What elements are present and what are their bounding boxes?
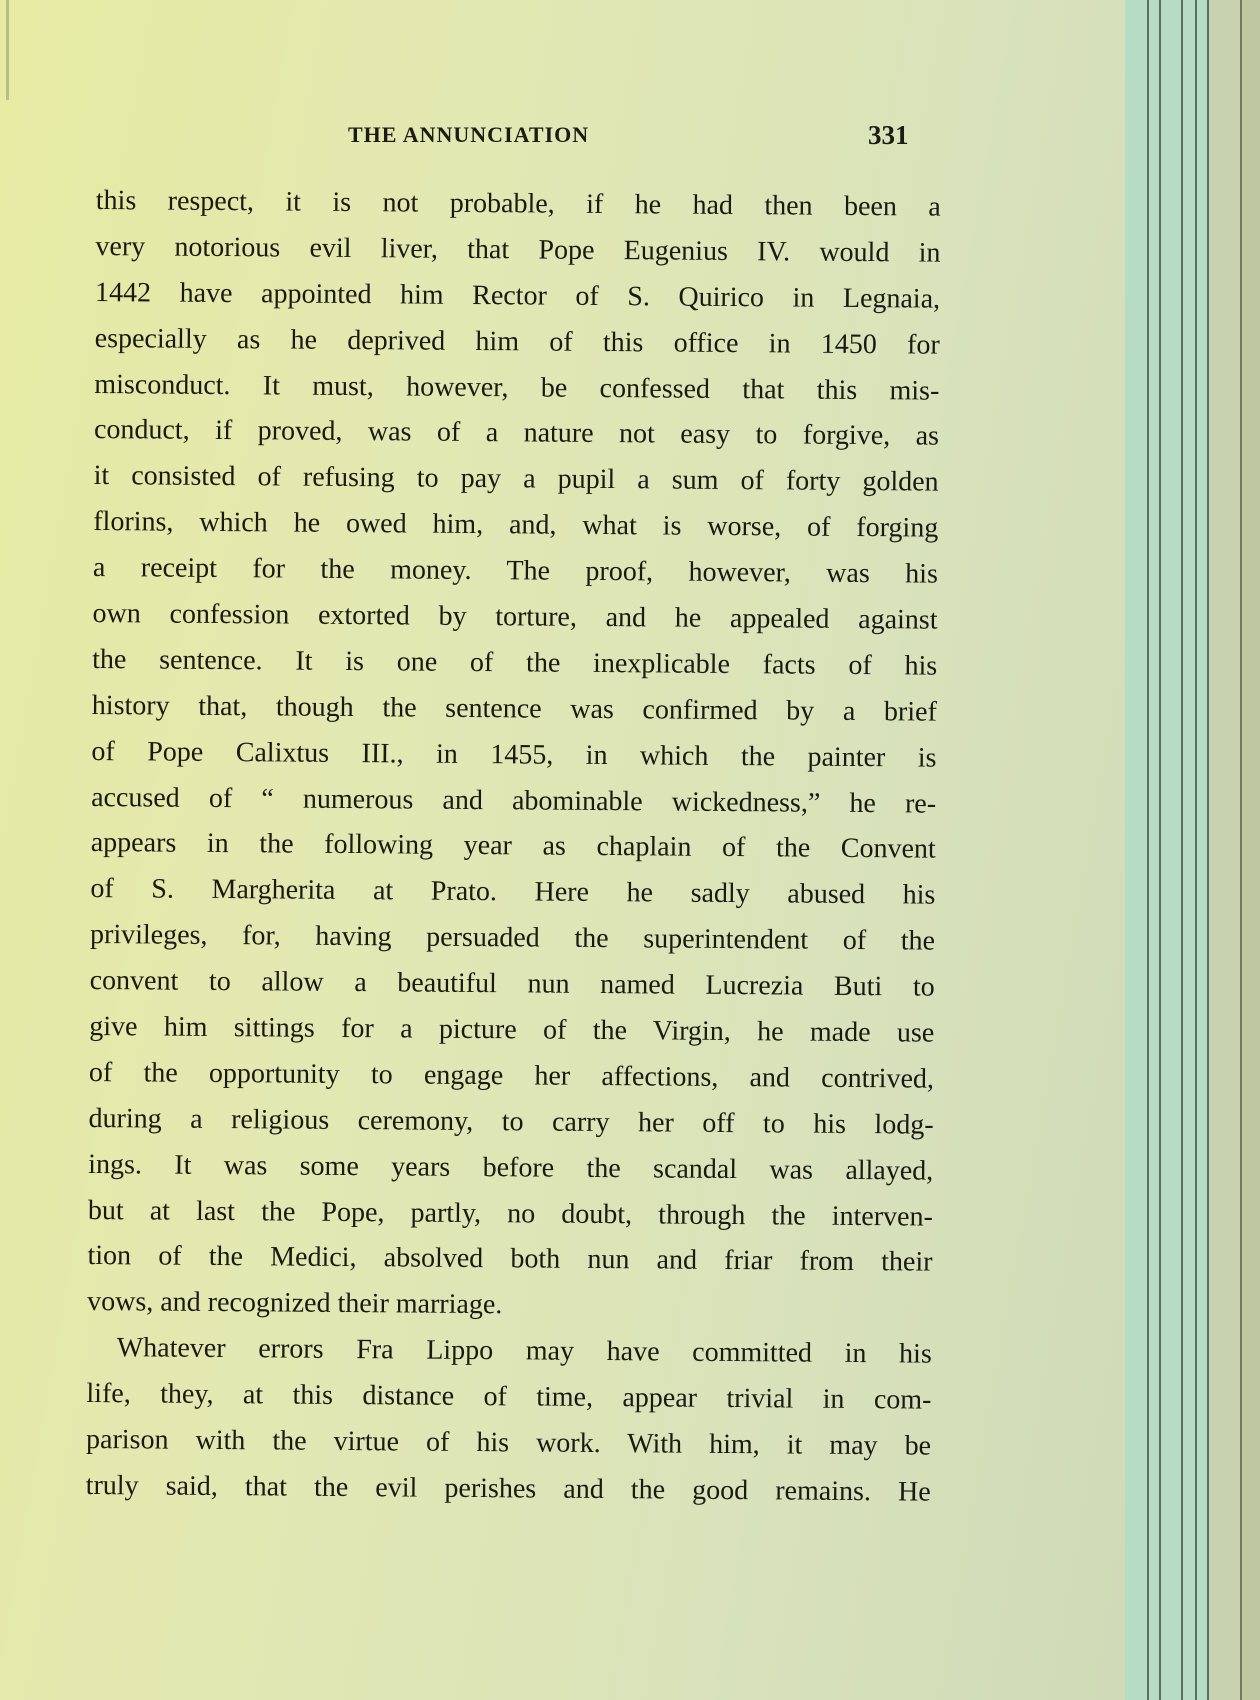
text-line: a receipt for the money. The proof, howe… (93, 545, 938, 598)
text-line: convent to allow a beautiful nun named L… (90, 958, 935, 1011)
text-line: appears in the following year as chaplai… (91, 820, 936, 873)
text-line: during a religious ceremony, to carry he… (88, 1096, 933, 1149)
text-line: very notorious evil liver, that Pope Eug… (95, 224, 940, 277)
text-line: of the opportunity to engage her affecti… (89, 1050, 934, 1103)
text-line: especially as he deprived him of this of… (95, 316, 940, 369)
text-line: privileges, for, having persuaded the su… (90, 912, 935, 965)
page-header: THE ANNUNCIATION 331 (348, 122, 928, 158)
text-line: the sentence. It is one of the inexplica… (92, 637, 937, 690)
text-line: florins, which he owed him, and, what is… (93, 499, 938, 552)
page-edge (1183, 0, 1197, 1700)
text-line: tion of the Medici, absolved both nun an… (87, 1233, 932, 1286)
gutter-shadow (6, 0, 9, 100)
page-edge (1197, 0, 1209, 1700)
text-line: 1442 have appointed him Rector of S. Qui… (95, 270, 940, 323)
text-line: conduct, if proved, was of a nature not … (94, 407, 939, 460)
text-line: own confession extorted by torture, and … (92, 591, 937, 644)
page-number: 331 (868, 120, 909, 151)
page-edge (1125, 0, 1149, 1700)
book-page: THE ANNUNCIATION 331 this respect, it is… (0, 0, 1125, 1700)
text-line: misconduct. It must, however, be confess… (94, 362, 939, 415)
text-line: give him sittings for a picture of the V… (89, 1004, 934, 1057)
text-line: ings. It was some years before the scand… (88, 1142, 933, 1195)
text-line: truly said, that the evil perishes and t… (86, 1463, 931, 1516)
page-edge (1161, 0, 1183, 1700)
paragraph-start-line: Whatever errors Fra Lippo may have commi… (87, 1325, 932, 1378)
text-line: parison with the virtue of his work. Wit… (86, 1417, 931, 1470)
paragraph-end-line: vows, and recognized their marriage. (87, 1279, 932, 1332)
text-line: of S. Margherita at Prato. Here he sadly… (90, 866, 935, 919)
page-edges (1125, 0, 1260, 1700)
text-line: this respect, it is not probable, if he … (96, 178, 941, 231)
text-line: accused of “ numerous and abominable wic… (91, 775, 936, 828)
text-line: of Pope Calixtus III., in 1455, in which… (91, 729, 936, 782)
text-line: history that, though the sentence was co… (92, 683, 937, 736)
book-cover-edge (1240, 0, 1260, 1700)
page-edge (1149, 0, 1161, 1700)
running-head: THE ANNUNCIATION (348, 122, 589, 148)
text-line: but at last the Pope, partly, no doubt, … (88, 1188, 933, 1241)
text-line: life, they, at this distance of time, ap… (86, 1371, 931, 1424)
text-line: it consisted of refusing to pay a pupil … (93, 453, 938, 506)
body-text: this respect, it is not probable, if he … (86, 178, 941, 1515)
